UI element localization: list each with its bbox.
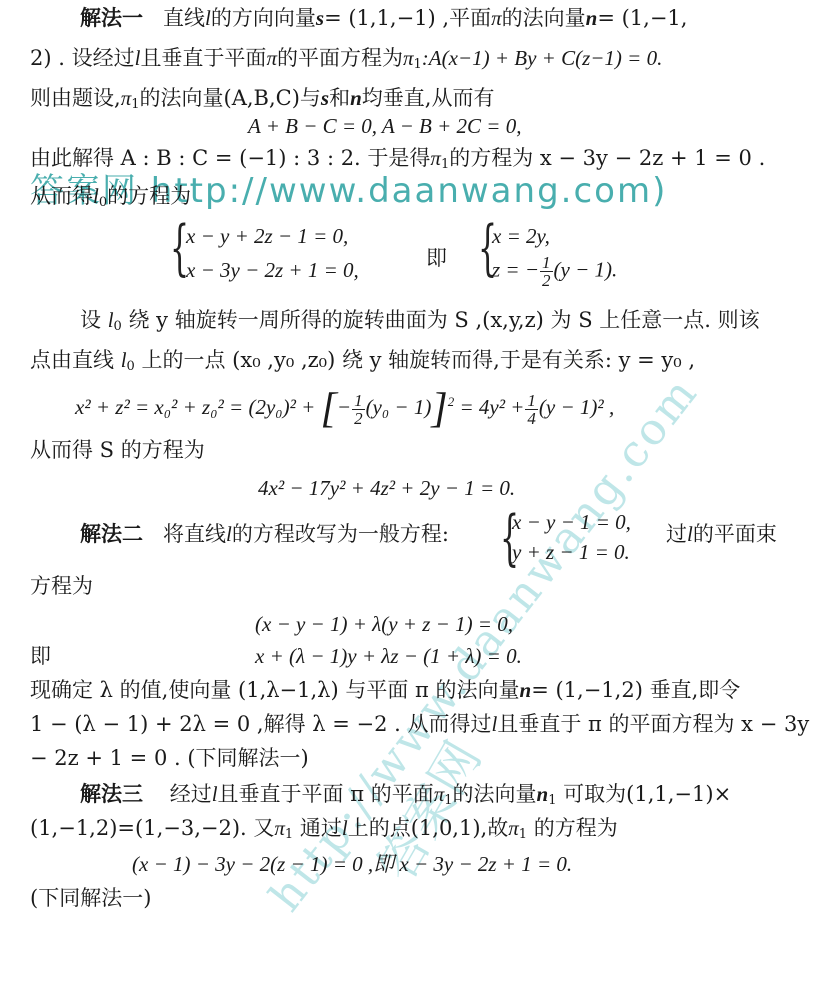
- method2-sys-2: y + z − 1 = 0.: [512, 538, 630, 566]
- symbol-n1: n: [537, 782, 549, 806]
- bracket-open: [: [321, 386, 337, 432]
- surface-equation: 4x² − 17y² + 4z² + 2y − 1 = 0.: [258, 474, 515, 502]
- text: 的法向量(A,B,C)与: [140, 86, 321, 110]
- rotation-line1: 设 l0 绕 y 轴旋转一周所得的旋转曲面为 S ,(x,y,z) 为 S 上任…: [80, 306, 760, 341]
- denominator: 2: [352, 410, 365, 427]
- rotation-line2: 点由直线 l0 上的一点 (x₀ ,y₀ ,z₀) 绕 y 轴旋转而得,于是有关…: [30, 346, 695, 381]
- sub-1: 1: [414, 57, 422, 72]
- symbol-pi1: π: [434, 782, 445, 806]
- denominator: 4: [525, 410, 538, 427]
- text: 直线: [163, 6, 205, 30]
- sub-1: 1: [441, 157, 449, 172]
- text: 上的一点 (x₀ ,y₀ ,z₀) 绕 y 轴旋转而得,于是有关系: y = y…: [142, 348, 696, 372]
- sys-right-2: z = −12(y − 1).: [492, 254, 617, 289]
- method1-line1: 解法一 直线l的方向向量s= (1,1,−1) ,平面π的法向量n= (1,−1…: [80, 4, 687, 32]
- equation-system-abc: A + B − C = 0, A − B + 2C = 0,: [248, 112, 521, 140]
- text: 且垂直于 π 的平面方程为 x − 3y: [497, 712, 809, 736]
- text: 的法向量: [453, 782, 537, 806]
- text: (y₀ − 1): [366, 395, 432, 419]
- method2-line1-tail: 过l的平面束: [666, 520, 777, 548]
- text: (y − 1)² ,: [539, 395, 614, 419]
- text: 的方程改写为一般方程:: [232, 522, 449, 546]
- text: 均垂直,从而有: [362, 86, 495, 110]
- text: (1,−1,2)=(1,−3,−2). 又: [30, 816, 274, 840]
- text: 通过: [300, 816, 342, 840]
- fraction-half: 12: [352, 392, 365, 427]
- symbol-pi1: π: [121, 86, 132, 110]
- method1-line5: 由此解得 A : B : C = (−1) : 3 : 2. 于是得π1的方程为…: [30, 144, 765, 179]
- symbol-n: n: [520, 678, 532, 702]
- text: x² + z² = x₀² + z₀² = (2y₀)² +: [75, 395, 315, 419]
- text: z = −: [492, 257, 539, 281]
- fraction-quarter: 14: [525, 392, 538, 427]
- text: 的平面束: [693, 522, 777, 546]
- symbol-pi1: π: [274, 816, 285, 840]
- bundle-equation: (x − y − 1) + λ(y + z − 1) = 0,: [255, 610, 513, 638]
- surface-intro: 从而得 S 的方程为: [30, 436, 205, 464]
- method2-title: 解法二: [80, 522, 143, 546]
- symbol-n: n: [350, 86, 362, 110]
- rotation-equation: x² + z² = x₀² + z₀² = (2y₀)² + [−12(y₀ −…: [75, 388, 614, 427]
- text: 的方程为: [534, 816, 618, 840]
- numerator: 1: [352, 392, 365, 410]
- sub-1: 1: [548, 793, 556, 808]
- fraction-half: 12: [540, 254, 553, 289]
- method2-sys-1: x − y − 1 = 0,: [512, 508, 631, 536]
- numerator: 1: [525, 392, 538, 410]
- text: 可取为(1,1,−1)×: [563, 782, 731, 806]
- symbol-pi: π: [491, 6, 502, 30]
- text: 则由题设,: [30, 86, 121, 110]
- symbol-pi1: π: [403, 46, 414, 70]
- text: 设: [80, 308, 101, 332]
- text: 将直线: [163, 522, 226, 546]
- method3-title: 解法三: [80, 782, 143, 806]
- method1-line6: 从而得l0的方程为: [30, 182, 191, 217]
- text: 点由直线: [30, 348, 114, 372]
- ji-label: 即: [426, 244, 447, 272]
- text: 且垂直于平面: [140, 46, 266, 70]
- sub-0: 0: [127, 359, 135, 374]
- sys-left-2: x − 3y − 2z + 1 = 0,: [186, 256, 359, 284]
- sub-1: 1: [519, 827, 527, 842]
- numerator: 1: [540, 254, 553, 272]
- text: 的方程为: [107, 184, 191, 208]
- sys-left-1: x − y + 2z − 1 = 0,: [186, 222, 348, 250]
- symbol-s: s: [316, 6, 324, 30]
- method2-line3: 现确定 λ 的值,使向量 (1,λ−1,λ) 与平面 π 的法向量n= (1,−…: [30, 676, 740, 704]
- plane-equation: :A(x−1) + By + C(z−1) = 0.: [422, 46, 663, 70]
- text: 由此解得 A : B : C = (−1) : 3 : 2. 于是得: [30, 146, 430, 170]
- sub-0: 0: [99, 195, 107, 210]
- sub-0: 0: [114, 319, 122, 334]
- text: 上的点(1,0,1),故: [348, 816, 509, 840]
- method1-title: 解法一: [80, 6, 143, 30]
- text: = (1,−1,: [597, 6, 687, 30]
- text: = (1,−1,2) 垂直,即令: [531, 678, 740, 702]
- method3-line1: 解法三 经过l且垂直于平面 π 的平面π1的法向量n1 可取为(1,1,−1)×: [80, 780, 731, 815]
- method2-ji: 即: [30, 642, 51, 670]
- text: 和: [329, 86, 350, 110]
- method2-line4: 1 − (λ − 1) + 2λ = 0 ,解得 λ = −2 . 从而得过l且…: [30, 710, 809, 738]
- text: 经过: [170, 782, 212, 806]
- text: 现确定 λ 的值,使向量 (1,λ−1,λ) 与平面 π 的法向量: [30, 678, 520, 702]
- sys-right-1: x = 2y,: [492, 222, 550, 250]
- text: = 4y² +: [459, 395, 524, 419]
- text: 的方向向量: [211, 6, 316, 30]
- sub-1: 1: [285, 827, 293, 842]
- symbol-pi1: π: [508, 816, 519, 840]
- text: 从而得: [30, 184, 93, 208]
- symbol-s: s: [321, 86, 329, 110]
- sub-1: 1: [131, 97, 139, 112]
- bundle-equation-2: x + (λ − 1)y + λz − (1 + λ) = 0.: [255, 642, 522, 670]
- denominator: 2: [540, 272, 553, 289]
- text: 1 − (λ − 1) + 2λ = 0 ,解得 λ = −2 . 从而得过: [30, 712, 492, 736]
- text: (y − 1).: [554, 257, 618, 281]
- symbol-n: n: [586, 6, 598, 30]
- text: = (1,1,−1) ,平面: [324, 6, 491, 30]
- symbol-pi1: π: [430, 146, 441, 170]
- method2-line2: 方程为: [30, 572, 93, 600]
- text: 且垂直于平面 π 的平面: [218, 782, 434, 806]
- method2-line5: − 2z + 1 = 0 . (下同解法一): [30, 744, 309, 772]
- text: 的平面方程为: [277, 46, 403, 70]
- method2-line1: 解法二 将直线l的方程改写为一般方程:: [80, 520, 449, 548]
- symbol-pi: π: [266, 46, 277, 70]
- text: 的法向量: [502, 6, 586, 30]
- text: 绕 y 轴旋转一周所得的旋转曲面为 S ,(x,y,z) 为 S 上任意一点. …: [129, 308, 760, 332]
- text: 的方程为 x − 3y − 2z + 1 = 0 .: [449, 146, 765, 170]
- method3-equation: (x − 1) − 3y − 2(z − 1) = 0 ,即 x − 3y − …: [132, 850, 572, 878]
- text: 过: [666, 522, 687, 546]
- sub-1: 1: [444, 793, 452, 808]
- bracket-close: ]: [431, 386, 447, 432]
- method3-line2: (1,−1,2)=(1,−3,−2). 又π1 通过l上的点(1,0,1),故π…: [30, 814, 618, 849]
- method1-line2: 2) . 设经过l且垂直于平面π的平面方程为π1:A(x−1) + By + C…: [30, 44, 662, 79]
- method3-line4: (下同解法一): [30, 884, 151, 912]
- text: 2) . 设经过: [30, 46, 135, 70]
